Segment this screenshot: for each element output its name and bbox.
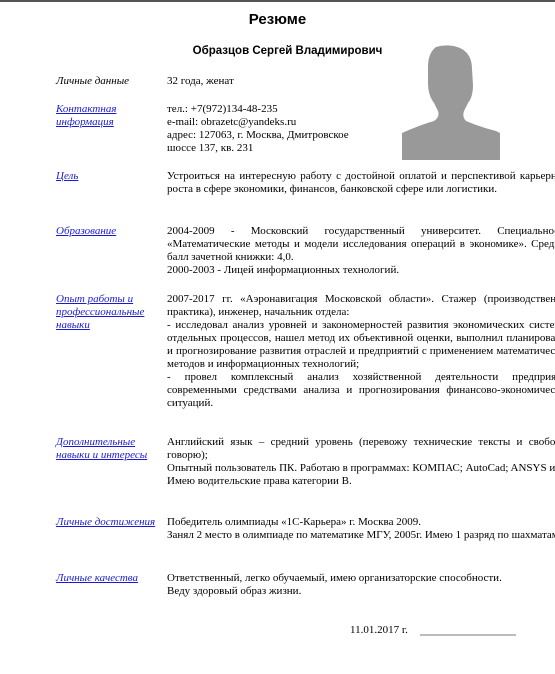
- signature-line: [420, 634, 516, 636]
- content-line: Устроиться на интересную работу с достой…: [167, 170, 555, 196]
- top-border: [0, 0, 555, 2]
- section-link-skills[interactable]: Дополнительные навыки и интересы: [56, 436, 147, 461]
- content-line: - исследовал анализ уровней и закономерн…: [167, 319, 555, 371]
- section-label: Контактная информация: [56, 103, 161, 129]
- section-content: 2007-2017 гг. «Аэронавигация Московской …: [167, 293, 555, 410]
- section-label: Дополнительные навыки и интересы: [56, 436, 161, 462]
- section-content: тел.: +7(972)134-48-235 e-mail: obrazetc…: [167, 103, 377, 155]
- section-link-experience[interactable]: Опыт работы и профессиональные навыки: [56, 293, 144, 331]
- section-content: Английский язык – средний уровень (перев…: [167, 436, 555, 488]
- section-label: Личные данные: [56, 75, 161, 88]
- section-label: Образование: [56, 225, 161, 238]
- content-line: Опытный пользователь ПК. Работаю в прогр…: [167, 462, 555, 475]
- content-line: Победитель олимпиады «1С-Карьера» г. Мос…: [167, 516, 555, 529]
- email: e-mail: obrazetc@yandeks.ru: [167, 116, 377, 129]
- section-content: 2004-2009 - Московский государственный у…: [167, 225, 555, 277]
- section-content: 32 года, женат: [167, 75, 555, 88]
- page-title: Резюме: [0, 11, 555, 28]
- content-line: Веду здоровый образ жизни.: [167, 585, 555, 598]
- section-label: Опыт работы и профессиональные навыки: [56, 293, 161, 332]
- section-link-contacts[interactable]: Контактная информация: [56, 103, 116, 128]
- section-label: Личные качества: [56, 572, 161, 585]
- content-line: Английский язык – средний уровень (перев…: [167, 436, 555, 462]
- content-line: 32 года, женат: [167, 75, 555, 88]
- content-line: 2004-2009 - Московский государственный у…: [167, 225, 555, 264]
- content-line: Занял 2 место в олимпиаде по математике …: [167, 529, 555, 542]
- section-content: Устроиться на интересную работу с достой…: [167, 170, 555, 196]
- section-link-achievements[interactable]: Личные достижения: [56, 516, 155, 528]
- section-content: Ответственный, легко обучаемый, имею орг…: [167, 572, 555, 598]
- content-line: Имею водительские права категории В.: [167, 475, 555, 488]
- content-line: 2000-2003 - Лицей информационных техноло…: [167, 264, 555, 277]
- section-content: Победитель олимпиады «1С-Карьера» г. Мос…: [167, 516, 555, 542]
- content-line: 2007-2017 гг. «Аэронавигация Московской …: [167, 293, 555, 319]
- section-link-goal[interactable]: Цель: [56, 170, 78, 182]
- section-link-qualities[interactable]: Личные качества: [56, 572, 138, 584]
- section-link-education[interactable]: Образование: [56, 225, 116, 237]
- section-label: Личные достижения: [56, 516, 161, 529]
- phone: тел.: +7(972)134-48-235: [167, 103, 377, 116]
- address: адрес: 127063, г. Москва, Дмитровское шо…: [167, 129, 377, 155]
- content-line: - провел комплексный анализ хозяйственно…: [167, 371, 555, 410]
- date: 11.01.2017 г.: [350, 624, 408, 636]
- section-label: Цель: [56, 170, 161, 183]
- person-silhouette-icon: [400, 45, 502, 160]
- content-line: Ответственный, легко обучаемый, имею орг…: [167, 572, 555, 585]
